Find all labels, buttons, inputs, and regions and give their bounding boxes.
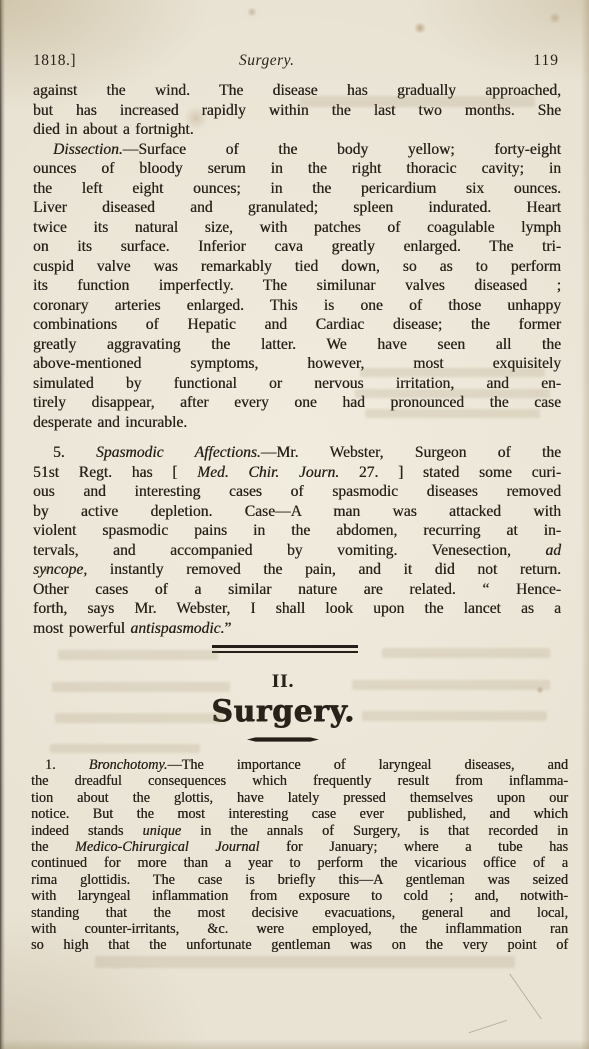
text-run: instantly removed the pain, and it did n… bbox=[87, 561, 561, 578]
text-run: 51st Regt. has [ bbox=[33, 464, 197, 481]
italic-text-run: Spasmodic Affections. bbox=[96, 444, 261, 461]
text-line: by active depletion. Case—A man was atta… bbox=[33, 502, 561, 522]
show-through-artifact bbox=[50, 744, 200, 753]
paragraph: 1. Bronchotomy.—The importance of laryng… bbox=[31, 757, 568, 954]
tapered-rule bbox=[247, 737, 319, 742]
text-run: its function imperfectly. The similunar … bbox=[33, 277, 561, 294]
text-line: with counter-irritants, &c. were employe… bbox=[31, 921, 568, 937]
text-line: on its surface. Inferior cava greatly en… bbox=[33, 237, 561, 257]
text-line: greatly aggravating the latter. We have … bbox=[33, 335, 561, 355]
text-line: the Medico-Chirurgical Journal for Janua… bbox=[31, 839, 568, 855]
text-run: most powerful bbox=[33, 620, 130, 637]
show-through-artifact bbox=[55, 713, 223, 723]
text-line: cuspid valve was remarkably tied down, s… bbox=[33, 257, 561, 277]
text-line: forth, says Mr. Webster, I shall look up… bbox=[33, 599, 561, 619]
text-run: continued for more than a year to perfor… bbox=[31, 855, 568, 871]
show-through-artifact bbox=[58, 650, 218, 660]
text-run: Other cases of a similar nature are rela… bbox=[33, 581, 561, 598]
header-page-number: 119 bbox=[533, 52, 559, 70]
text-line: with laryngeal inflammation from exposur… bbox=[31, 888, 568, 904]
text-run: Liver diseased and granulated; spleen in… bbox=[33, 199, 561, 216]
show-through-artifact bbox=[355, 389, 550, 398]
text-line: ounces of bloody serum in the right thor… bbox=[33, 159, 561, 179]
book-page-scan: 1818.] Surgery. 119 against the wind. Th… bbox=[0, 0, 589, 1049]
header-running-title: Surgery. bbox=[239, 52, 295, 70]
text-line: twice its natural size, with patches of … bbox=[33, 218, 561, 238]
show-through-artifact bbox=[360, 368, 545, 377]
text-run: with counter-irritants, &c. were employe… bbox=[31, 921, 568, 937]
scratch-mark bbox=[509, 974, 541, 1020]
text-run: —Surface of the body yellow; forty-eight bbox=[123, 141, 561, 158]
text-run: on its surface. Inferior cava greatly en… bbox=[33, 238, 561, 255]
text-line: indeed stands unique in the annals of Su… bbox=[31, 823, 568, 839]
text-run: tion about the glottis, have lately pres… bbox=[31, 790, 568, 806]
italic-text-run: Dissection. bbox=[53, 141, 123, 158]
text-run: greatly aggravating the latter. We have … bbox=[33, 336, 561, 353]
text-line: continued for more than a year to perfor… bbox=[31, 855, 568, 871]
italic-text-run: unique bbox=[142, 823, 181, 839]
text-run: so high that the unfortunate gentleman w… bbox=[31, 937, 568, 953]
italic-text-run: syncope, bbox=[33, 561, 87, 578]
text-run: combinations of Hepatic and Cardiac dise… bbox=[33, 316, 561, 333]
show-through-artifact bbox=[352, 680, 550, 690]
text-run: ous and interesting cases of spasmodic d… bbox=[33, 483, 561, 500]
text-run: rima glottidis. The case is briefly this… bbox=[31, 872, 568, 888]
text-run: by active depletion. Case—A man was atta… bbox=[33, 503, 561, 520]
italic-text-run: antispasmodic. bbox=[130, 620, 224, 637]
text-run: —The importance of laryngeal diseases, a… bbox=[167, 757, 568, 773]
text-run: 27. ] stated some curi- bbox=[339, 464, 561, 481]
text-line: notice. But the most interesting case ev… bbox=[31, 806, 568, 822]
text-line: ous and interesting cases of spasmodic d… bbox=[33, 482, 561, 502]
text-run: coronary arteries enlarged. This is one … bbox=[33, 297, 561, 314]
show-through-artifact bbox=[362, 711, 547, 721]
text-run: standing that the most decisive evacuati… bbox=[31, 905, 568, 921]
paragraph: against the wind. The disease has gradua… bbox=[33, 81, 561, 140]
italic-text-run: Bronchotomy. bbox=[89, 757, 168, 773]
page-header: 1818.] Surgery. 119 bbox=[33, 52, 559, 72]
text-run: in the annals of Surgery, is that record… bbox=[181, 823, 568, 839]
text-line: standing that the most decisive evacuati… bbox=[31, 905, 568, 921]
text-run: notice. But the most interesting case ev… bbox=[31, 806, 568, 822]
text-line: 5. Spasmodic Affections.—Mr. Webster, Su… bbox=[33, 443, 561, 463]
double-rule-divider bbox=[212, 645, 358, 653]
text-line: Dissection.—Surface of the body yellow; … bbox=[33, 140, 561, 160]
text-run: ounces of bloody serum in the right thor… bbox=[33, 160, 561, 177]
text-run: forth, says Mr. Webster, I shall look up… bbox=[33, 600, 561, 617]
text-run: —Mr. Webster, Surgeon of the bbox=[261, 444, 561, 461]
text-run: with laryngeal inflammation from exposur… bbox=[31, 888, 568, 904]
text-line: its function imperfectly. The similunar … bbox=[33, 276, 561, 296]
text-line: most powerful antispasmodic.” bbox=[33, 619, 561, 639]
text-line: Other cases of a similar nature are rela… bbox=[33, 580, 561, 600]
text-run: cuspid valve was remarkably tied down, s… bbox=[33, 258, 561, 275]
scratch-mark bbox=[469, 1020, 507, 1033]
text-run: 1. bbox=[45, 757, 89, 773]
text-line: violent spasmodic pains in the abdomen, … bbox=[33, 521, 561, 541]
text-run: tervals, and accompanied by vomiting. Ve… bbox=[33, 542, 545, 559]
text-run: the left eight ounces; in the pericardiu… bbox=[33, 180, 561, 197]
paragraph: 5. Spasmodic Affections.—Mr. Webster, Su… bbox=[33, 443, 561, 638]
show-through-artifact bbox=[300, 96, 535, 107]
italic-text-run: ad bbox=[545, 542, 561, 559]
show-through-artifact bbox=[382, 648, 550, 658]
text-run: twice its natural size, with patches of … bbox=[33, 219, 561, 236]
italic-text-run: Medico-Chirurgical Journal bbox=[75, 839, 260, 855]
text-run: for January; where a tube has bbox=[259, 839, 568, 855]
italic-text-run: Med. Chir. Journ. bbox=[197, 464, 339, 481]
upper-text-column: against the wind. The disease has gradua… bbox=[33, 81, 561, 638]
text-run: the dreadful consequences which frequent… bbox=[31, 773, 568, 789]
text-line: so high that the unfortunate gentleman w… bbox=[31, 937, 568, 953]
text-line: tion about the glottis, have lately pres… bbox=[31, 790, 568, 806]
text-run: 5. bbox=[53, 444, 96, 461]
text-line: rima glottidis. The case is briefly this… bbox=[31, 872, 568, 888]
header-year: 1818.] bbox=[33, 52, 76, 70]
lower-text-column: 1. Bronchotomy.—The importance of laryng… bbox=[31, 757, 568, 954]
show-through-artifact bbox=[95, 956, 515, 968]
text-run: desperate and incurable. bbox=[33, 414, 187, 431]
text-run: the bbox=[31, 839, 75, 855]
text-line: died in about a fortnight. bbox=[33, 120, 561, 140]
text-line: syncope, instantly removed the pain, and… bbox=[33, 560, 561, 580]
text-line: tervals, and accompanied by vomiting. Ve… bbox=[33, 541, 561, 561]
text-line: Liver diseased and granulated; spleen in… bbox=[33, 198, 561, 218]
text-run: violent spasmodic pains in the abdomen, … bbox=[33, 522, 561, 539]
text-line: coronary arteries enlarged. This is one … bbox=[33, 296, 561, 316]
text-run: ” bbox=[224, 620, 231, 637]
show-through-artifact bbox=[52, 682, 230, 692]
text-line: 1. Bronchotomy.—The importance of laryng… bbox=[31, 757, 568, 773]
text-line: combinations of Hepatic and Cardiac dise… bbox=[33, 315, 561, 335]
text-run: died in about a fortnight. bbox=[33, 121, 194, 138]
text-line: the left eight ounces; in the pericardiu… bbox=[33, 179, 561, 199]
text-run: indeed stands bbox=[31, 823, 142, 839]
text-line: 51st Regt. has [ Med. Chir. Journ. 27. ]… bbox=[33, 463, 561, 483]
text-line: the dreadful consequences which frequent… bbox=[31, 773, 568, 789]
show-through-artifact bbox=[365, 409, 540, 418]
